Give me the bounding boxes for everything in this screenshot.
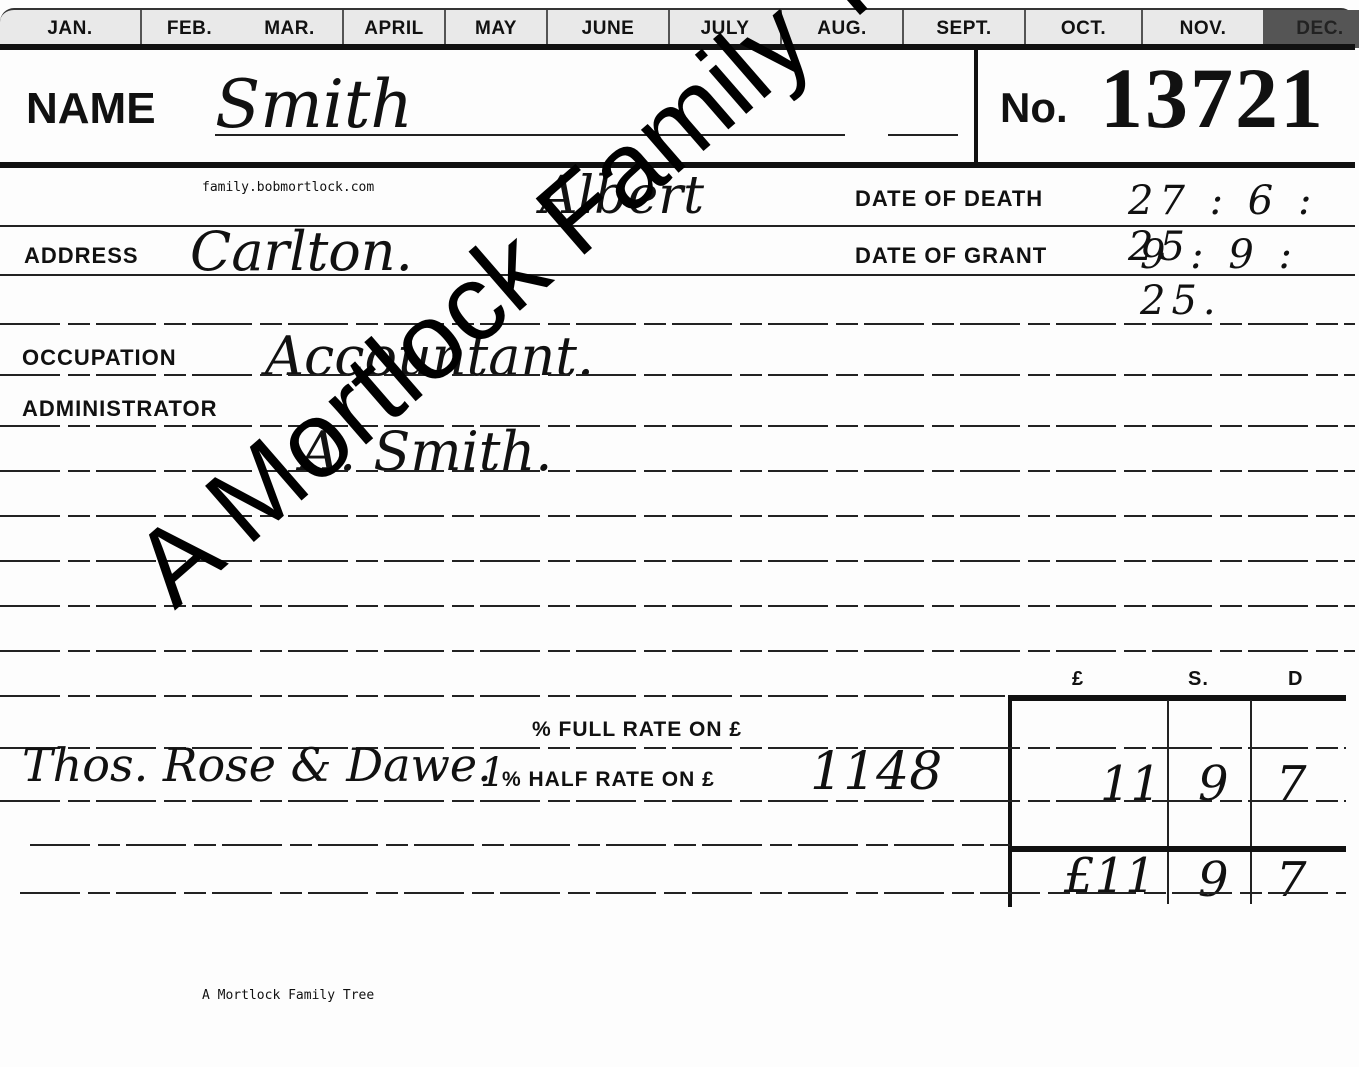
half-rate-amount: 1148 bbox=[810, 742, 942, 802]
total-pounds: £11 bbox=[1064, 848, 1156, 904]
row-line bbox=[20, 892, 1346, 894]
row-line bbox=[0, 374, 1355, 376]
probate-index-card: JAN. FEB. MAR. APRIL MAY JUNE JULY AUG. … bbox=[0, 0, 1359, 1067]
name-underline-2 bbox=[888, 134, 958, 136]
month-april: APRIL bbox=[344, 10, 446, 48]
duty-pence: 7 bbox=[1276, 756, 1307, 812]
column-pounds: £ bbox=[1072, 668, 1084, 691]
date-of-grant-value: 9 : 9 : 25. bbox=[1140, 232, 1359, 324]
address-label: ADDRESS bbox=[24, 243, 139, 269]
duty-shillings: 9 bbox=[1198, 756, 1229, 812]
duty-pounds: 11 bbox=[1100, 756, 1161, 812]
column-pence: D bbox=[1288, 668, 1303, 691]
month-june: JUNE bbox=[548, 10, 670, 48]
table-divider bbox=[1167, 700, 1169, 904]
row-line bbox=[0, 323, 1355, 325]
month-oct: OCT. bbox=[1026, 10, 1143, 48]
date-of-death-label: DATE OF DEATH bbox=[855, 186, 1043, 212]
table-divider bbox=[1250, 700, 1252, 904]
row-line bbox=[0, 274, 1355, 276]
record-number: 13721 bbox=[1100, 48, 1325, 148]
half-rate-label: % HALF RATE ON £ bbox=[502, 768, 715, 792]
name-label: NAME bbox=[26, 84, 156, 134]
month-sept: SEPT. bbox=[904, 10, 1026, 48]
month-nov: NOV. bbox=[1143, 10, 1265, 48]
number-label: No. bbox=[1000, 84, 1068, 132]
column-shillings: S. bbox=[1188, 668, 1209, 691]
month-feb: FEB. bbox=[142, 10, 237, 48]
row-line bbox=[0, 695, 1005, 697]
row-line bbox=[30, 844, 1010, 846]
website-caption: family.bobmortlock.com bbox=[202, 180, 374, 195]
total-shillings: 9 bbox=[1198, 852, 1229, 908]
full-rate-label: % FULL RATE ON £ bbox=[532, 718, 742, 742]
footer-caption: A Mortlock Family Tree bbox=[202, 988, 374, 1003]
administrator-label: ADMINISTRATOR bbox=[22, 396, 218, 422]
number-divider bbox=[974, 44, 978, 164]
month-may: MAY bbox=[446, 10, 548, 48]
occupation-label: OCCUPATION bbox=[22, 345, 177, 371]
date-of-grant-label: DATE OF GRANT bbox=[855, 243, 1047, 269]
total-pence: 7 bbox=[1276, 852, 1307, 908]
row-line bbox=[0, 425, 1355, 427]
row-line bbox=[0, 650, 1355, 652]
table-top-border bbox=[1008, 695, 1346, 701]
month-jan: JAN. bbox=[0, 10, 142, 48]
solicitor-value: Thos. Rose & Dawe. bbox=[22, 738, 492, 792]
month-mar: MAR. bbox=[237, 10, 344, 48]
month-dec: DEC. bbox=[1265, 10, 1359, 48]
surname-value: Smith bbox=[215, 66, 413, 143]
